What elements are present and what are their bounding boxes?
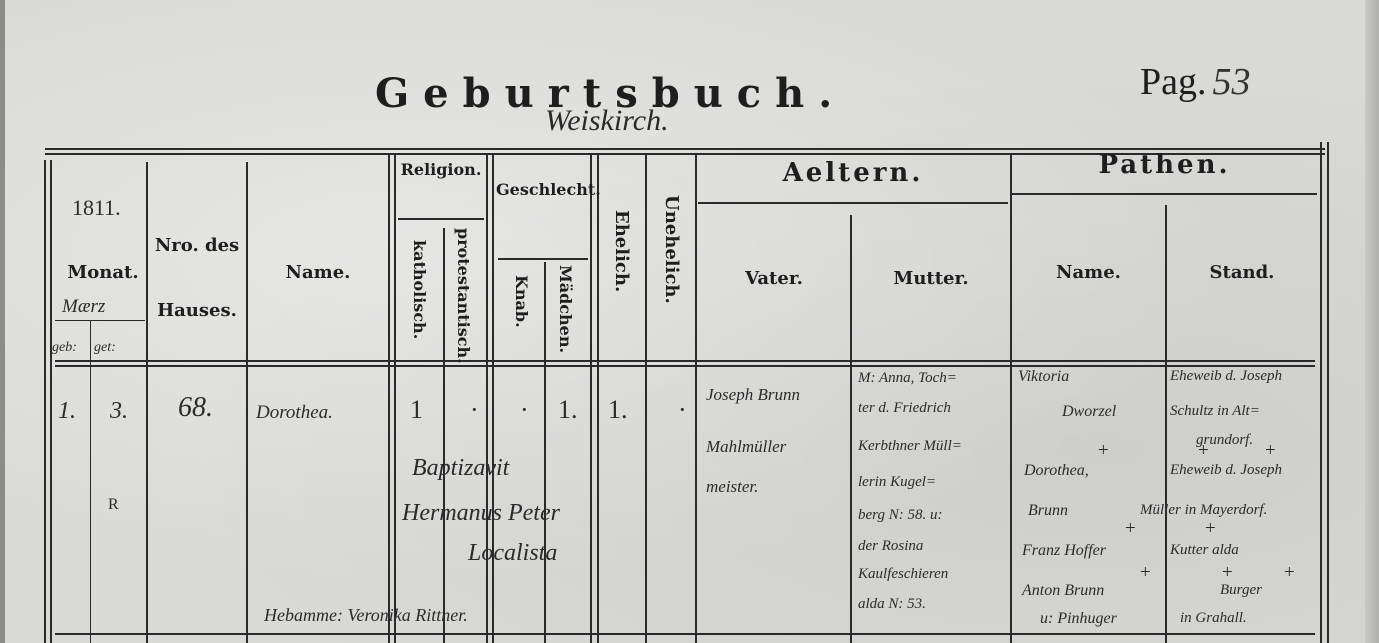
pathen-name-line-3: Dorothea, (1024, 462, 1089, 480)
vater-line-3: meister. (706, 477, 758, 497)
vater-line-2: Mahlmüller (706, 437, 786, 457)
col-line-left (44, 160, 46, 643)
col-line-geschlecht-inner (597, 155, 599, 643)
baptizavit-line-2: Hermanus Peter (402, 500, 560, 527)
entry-protestantisch: · (470, 395, 479, 425)
religion-header: Religion. (398, 160, 484, 179)
entry-born-day: 1. (58, 398, 76, 425)
entry-house-number: 68. (178, 392, 213, 424)
pathen-subrule (1012, 193, 1317, 195)
pathen-stand-line-7: Burger (1220, 582, 1262, 599)
page-label: Pag. (1140, 61, 1207, 103)
pathen-header: Pathen. (1012, 150, 1317, 181)
page-number-label: Pag.53 (1140, 60, 1251, 104)
cross-mark: + (1205, 518, 1216, 540)
col-line-haus (246, 162, 248, 643)
entry-katholisch: 1 (410, 395, 423, 425)
header-bottom-rule (55, 360, 1315, 362)
bottom-rule (55, 633, 1315, 635)
aeltern-subrule (698, 202, 1008, 204)
mutter-line-7: Kaulfeschieren (858, 566, 948, 583)
col-line-religion-inner (492, 155, 494, 643)
col-line-right (1320, 142, 1322, 643)
mutter-line-1: M: Anna, Toch= (858, 370, 957, 387)
unehelich-header: Unehelich. (661, 195, 682, 304)
geschlecht-subrule (498, 258, 588, 260)
vater-line-1: Joseph Brunn (706, 385, 800, 405)
month-written: Mærz (62, 296, 105, 318)
page-edge-left (0, 0, 5, 643)
pathen-name-line-6: Anton Brunn (1022, 582, 1104, 600)
parish-name: Weiskirch. (545, 104, 669, 138)
protestantisch-header: protestantisch. (454, 228, 473, 364)
col-line-sex-split (544, 262, 546, 643)
monat-header: Monat. (60, 262, 146, 284)
cross-mark: + (1098, 440, 1109, 462)
name-header: Name. (248, 262, 388, 284)
mutter-header: Mutter. (852, 268, 1010, 290)
mutter-line-6: der Rosina (858, 538, 923, 555)
pathen-stand-line-2: Schultz in Alt= (1170, 403, 1260, 420)
page-number: 53 (1213, 61, 1251, 103)
col-line-right-inner (1327, 142, 1329, 643)
cross-mark: + (1198, 440, 1209, 462)
col-line-rel-split (443, 228, 445, 643)
entry-note-r: R (108, 496, 119, 514)
pathen-name-header: Name. (1012, 262, 1165, 284)
mutter-line-3: Kerbthner Müll= (858, 438, 962, 455)
col-line-ehelich (645, 155, 647, 643)
geboren-label: geb: (52, 340, 77, 356)
mutter-line-8: alda N: 53. (858, 596, 926, 613)
header-bottom-rule-inner (55, 365, 1315, 367)
baptizavit-line-1: Baptizavit (412, 455, 509, 482)
pathen-stand-line-6: Kutter alda (1170, 542, 1239, 559)
col-line-geschlecht (590, 155, 592, 643)
aeltern-header: Aeltern. (698, 158, 1008, 189)
entry-unehelich: · (678, 395, 687, 425)
date-subrule (55, 320, 145, 321)
year-label: 1811. (72, 195, 121, 221)
cross-mark: + (1125, 518, 1136, 540)
religion-subrule (398, 218, 484, 220)
mutter-line-5: berg N: 58. u: (858, 507, 942, 524)
hauses-header: Hauses. (148, 300, 246, 322)
pathen-name-line-7: u: Pinhuger (1040, 610, 1117, 628)
hebamme-line: Hebamme: Veronika Rittner. (264, 605, 468, 626)
cross-mark: + (1284, 562, 1295, 584)
pathen-name-line-2: Dworzel (1062, 403, 1116, 421)
cross-mark: + (1222, 562, 1233, 584)
vater-header: Vater. (698, 268, 850, 290)
col-line-name-inner (394, 155, 396, 643)
entry-baptized-day: 3. (110, 398, 128, 425)
mutter-line-4: lerin Kugel= (858, 474, 936, 491)
col-line-name (388, 155, 390, 643)
entry-ehelich: 1. (608, 395, 628, 425)
baptizavit-line-3: Localista (468, 540, 557, 567)
col-line-left-inner (50, 160, 52, 643)
pathen-name-line-5: Franz Hoffer (1022, 542, 1106, 560)
pathen-stand-line-8: in Grahall. (1180, 610, 1247, 627)
pathen-stand-line-4: Eheweib d. Joseph (1170, 462, 1282, 479)
pathen-stand-line-5: Müller in Mayerdorf. (1140, 502, 1267, 519)
col-line-unehelich (695, 155, 697, 643)
pathen-stand-header: Stand. (1167, 262, 1317, 284)
pathen-stand-line-1: Eheweib d. Joseph (1170, 368, 1282, 385)
geschlecht-header: Geschlecht. (496, 180, 588, 199)
col-line-day-split (90, 320, 91, 643)
maedchen-header: Mädchen. (556, 265, 575, 353)
katholisch-header: katholisch. (410, 240, 429, 339)
ehelich-header: Ehelich. (611, 210, 632, 292)
entry-child-name: Dorothea. (256, 402, 333, 424)
pathen-name-line-4: Brunn (1028, 502, 1068, 520)
pathen-name-line-1: Viktoria (1018, 368, 1069, 386)
cross-mark: + (1265, 440, 1276, 462)
entry-knab: · (520, 395, 529, 425)
knab-header: Knab. (512, 275, 531, 328)
nro-des-header: Nro. des (148, 235, 246, 257)
page-edge-right (1365, 0, 1379, 643)
mutter-line-2: ter d. Friedrich (858, 400, 951, 417)
entry-maedchen: 1. (558, 395, 578, 425)
col-line-religion (486, 155, 488, 643)
getauft-label: get: (94, 340, 116, 356)
col-line-mutter (1010, 155, 1012, 643)
cross-mark: + (1140, 562, 1151, 584)
